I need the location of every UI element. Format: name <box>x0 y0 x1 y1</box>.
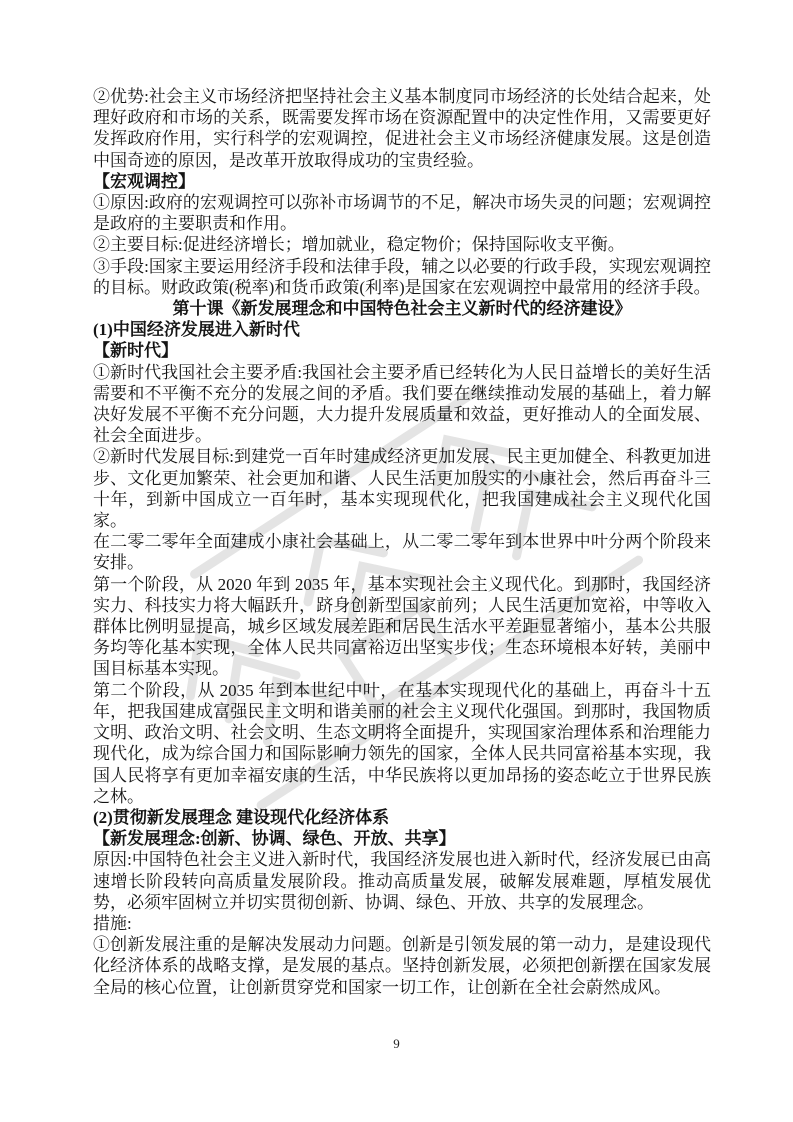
heading-new-era: 【新时代】 <box>93 340 711 361</box>
para-new-era-goals: ②新时代发展目标:到建党一百年时建成经济更加发展、民主更加健全、科教更加进步、文… <box>93 446 711 531</box>
heading-macro-regulation: 【宏观调控】 <box>93 171 711 192</box>
document-page: ②优势:社会主义市场经济把坚持社会主义基本制度同市场经济的长处结合起来，处理好政… <box>0 0 793 1122</box>
para-innovation-development: ①创新发展注重的是解决发展动力问题。创新是引领发展的第一动力，是建设现代化经济体… <box>93 934 711 998</box>
para-second-stage: 第二个阶段，从 2035 年到本世纪中叶，在基本实现现代化的基础上，再奋斗十五年… <box>93 680 711 807</box>
para-macro-regulation-reason: ①原因:政府的宏观调控可以弥补市场调节的不足，解决市场失灵的问题；宏观调控是政府… <box>93 192 711 234</box>
para-new-development-reason: 原因:中国特色社会主义进入新时代，我国经济发展也进入新时代，经济发展已由高速增长… <box>93 849 711 913</box>
para-macro-regulation-means: ③手段:国家主要运用经济手段和法律手段，辅之以必要的行政手段，实现宏观调控的目标… <box>93 256 711 298</box>
heading-new-development-concepts: 【新发展理念:创新、协调、绿色、开放、共享】 <box>93 828 711 849</box>
para-principal-contradiction: ①新时代我国社会主要矛盾:我国社会主要矛盾已经转化为人民日益增长的美好生活需要和… <box>93 362 711 447</box>
lesson-10-title: 第十课《新发展理念和中国特色社会主义新时代的经济建设》 <box>93 298 711 319</box>
document-content: ②优势:社会主义市场经济把坚持社会主义基本制度同市场经济的长处结合起来，处理好政… <box>93 86 711 998</box>
para-first-stage: 第一个阶段，从 2020 年到 2035 年，基本实现社会主义现代化。到那时，我… <box>93 574 711 680</box>
para-two-stage-plan: 在二零二零年全面建成小康社会基础上，从二零二零年到本世界中叶分两个阶段来安排。 <box>93 531 711 573</box>
heading-new-development-concept-section: (2)贯彻新发展理念 建设现代化经济体系 <box>93 807 711 828</box>
page-number: 9 <box>0 1036 793 1052</box>
para-measures-label: 措施: <box>93 913 711 934</box>
para-market-economy-advantage: ②优势:社会主义市场经济把坚持社会主义基本制度同市场经济的长处结合起来，处理好政… <box>93 86 711 171</box>
para-macro-regulation-goals: ②主要目标:促进经济增长；增加就业，稳定物价；保持国际收支平衡。 <box>93 234 711 255</box>
heading-new-era-economy: (1)中国经济发展进入新时代 <box>93 319 711 340</box>
